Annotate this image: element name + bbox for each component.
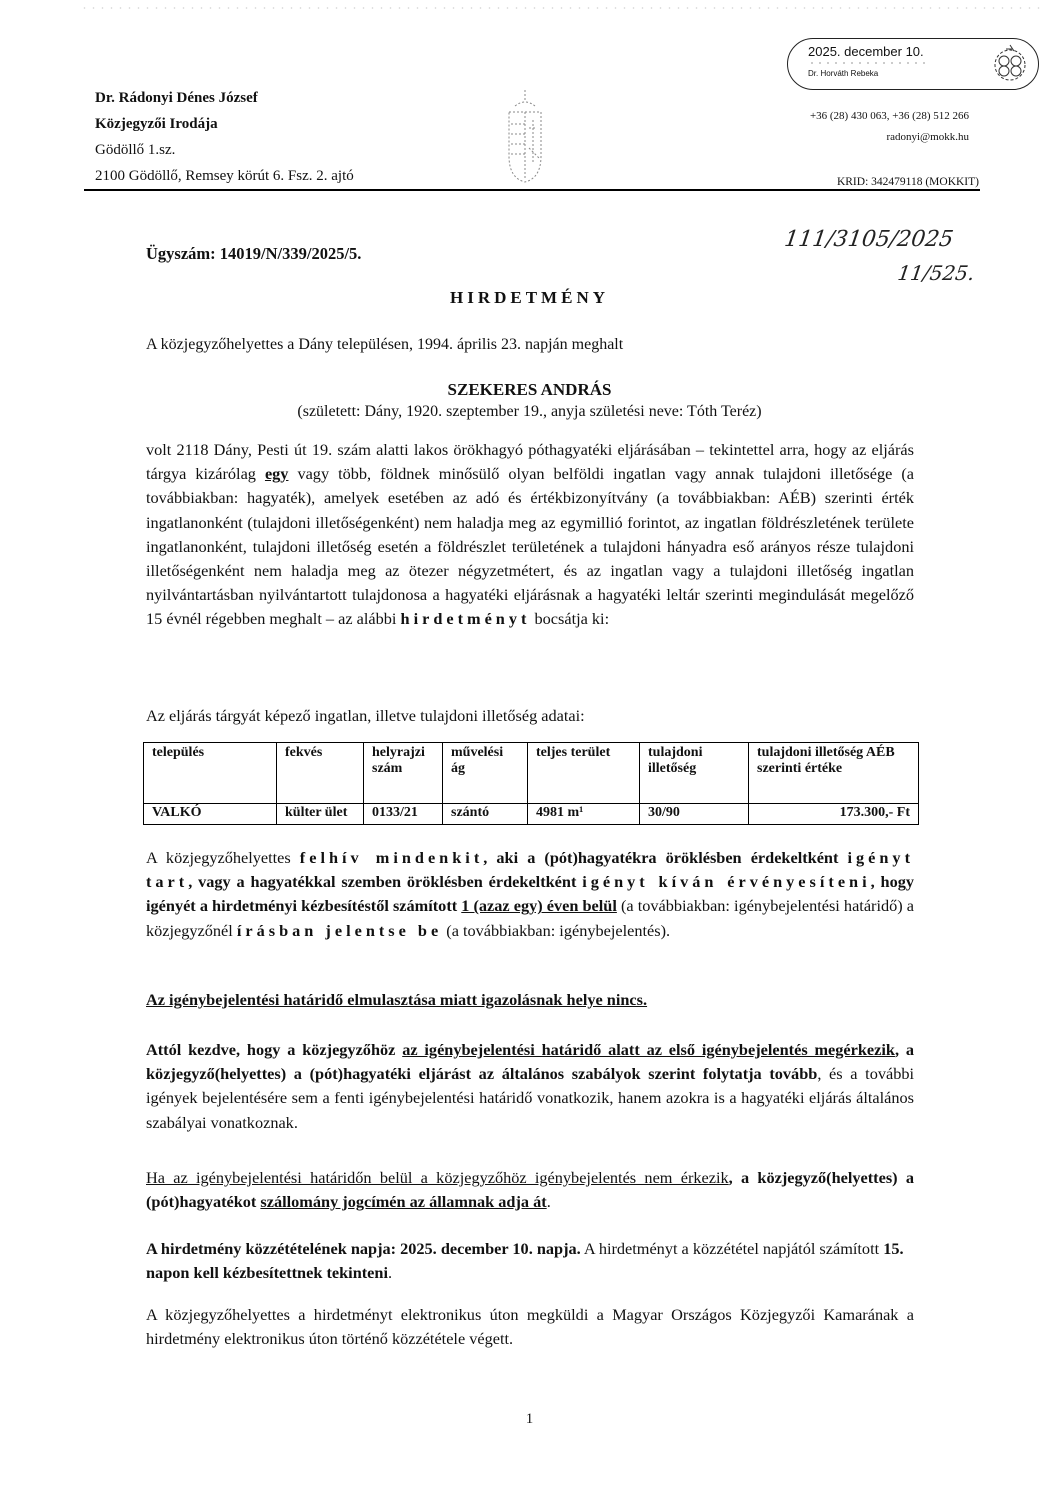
handwritten-filing-note: 111/3105/2025 11/525. bbox=[785, 222, 985, 292]
text-span: vagy több, földnek minősülő olyan belföl… bbox=[146, 464, 914, 628]
case-number: Ügyszám: 14019/N/339/2025/5. bbox=[146, 244, 361, 264]
email-address: radonyi@mokk.hu bbox=[810, 127, 969, 148]
document-title: HIRDETMÉNY bbox=[0, 288, 1059, 308]
deceased-birth-info: (született: Dány, 1920. szeptember 19., … bbox=[0, 403, 1059, 421]
text-span: , aki a (pót)hagyatékra öröklésben érdek… bbox=[483, 848, 847, 867]
cell-total-area: 4981 m¹ bbox=[528, 804, 640, 825]
text-span: . bbox=[547, 1192, 551, 1211]
col-header: helyrajzi szám bbox=[364, 743, 443, 804]
text-span: , vagy a hagyatékkal szemben öröklésben … bbox=[188, 872, 582, 891]
office-seat: Gödöllő 1.sz. bbox=[95, 137, 354, 163]
paragraph-first-claim: Attól kezdve, hogy a közjegyzőhöz az igé… bbox=[146, 1038, 914, 1135]
phone-numbers: +36 (28) 430 063, +36 (28) 512 266 bbox=[810, 106, 969, 127]
office-address: 2100 Gödöllő, Remsey körút 6. Fsz. 2. aj… bbox=[95, 163, 354, 189]
scan-artifact-dots bbox=[80, 6, 1040, 10]
text-span: A hirdetményt a közzététel napjától szám… bbox=[581, 1239, 883, 1258]
col-header: fekvés bbox=[277, 743, 364, 804]
publication-date: A hirdetmény közzétételének napja: 2025.… bbox=[146, 1239, 581, 1258]
stamp-date: 2025. december 10. bbox=[808, 44, 924, 59]
table-intro: Az eljárás tárgyát képező ingatlan, ille… bbox=[146, 706, 585, 726]
text-span: (a továbbiakban: igénybejelentés). bbox=[442, 921, 670, 940]
paragraph-call-for-claims: A közjegyzőhelyettes felhív mindenkit, a… bbox=[146, 846, 914, 943]
emphasis-span: az igénybejelentési határidő alatt az el… bbox=[402, 1040, 895, 1059]
table-row: VALKÓ külter ület 0133/21 szántó 4981 m¹… bbox=[144, 804, 919, 825]
page-number: 1 bbox=[0, 1411, 1059, 1428]
col-header: település bbox=[144, 743, 277, 804]
seal-icon bbox=[990, 43, 1030, 83]
col-header: tulajdoni illetőség bbox=[640, 743, 749, 804]
cell-location: külter ület bbox=[277, 804, 364, 825]
emphasis-span: igényt kíván érvényesíteni bbox=[582, 872, 870, 891]
emphasis-span: felhív mindenkit bbox=[300, 848, 483, 867]
table-header-row: település fekvés helyrajzi szám művelési… bbox=[144, 743, 919, 804]
paragraph-electronic-delivery: A közjegyzőhelyettes a hirdetményt elekt… bbox=[146, 1303, 914, 1351]
text-span: A közjegyzőhelyettes bbox=[146, 848, 300, 867]
deceased-name: SZEKERES ANDRÁS bbox=[0, 380, 1059, 400]
coat-of-arms-icon bbox=[503, 88, 547, 184]
header-divider bbox=[84, 189, 980, 191]
paragraph-no-justification: Az igénybejelentési határidő elmulasztás… bbox=[146, 988, 914, 1012]
office-title: Közjegyzői Irodája bbox=[95, 111, 354, 137]
col-header: művelési ág bbox=[443, 743, 528, 804]
handwritten-line-2: 11/525. bbox=[896, 261, 976, 285]
stamp-signer: Dr. Horváth Rebeka bbox=[808, 69, 878, 78]
text-span: . bbox=[388, 1263, 392, 1282]
krid-id: KRID: 342479118 (MOKKIT) bbox=[837, 176, 979, 188]
letterhead-left: Dr. Rádonyi Dénes József Közjegyzői Irod… bbox=[95, 85, 354, 189]
paragraph-publication-date: A hirdetmény közzétételének napja: 2025.… bbox=[146, 1237, 914, 1285]
text-span: Attól kezdve, hogy a közjegyzőhöz bbox=[146, 1040, 402, 1059]
col-header: tulajdoni illetőség AÉB szerinti értéke bbox=[749, 743, 919, 804]
intro-line: A közjegyzőhelyettes a Dány településen,… bbox=[146, 336, 623, 354]
cell-ownership-share: 30/90 bbox=[640, 804, 749, 825]
emphasis-deadline: 1 (azaz egy) éven belül bbox=[461, 896, 617, 915]
emphasis-egy: egy bbox=[265, 464, 289, 483]
cell-cultivation: szántó bbox=[443, 804, 528, 825]
date-stamp: 2025. december 10. Dr. Horváth Rebeka bbox=[787, 38, 1039, 90]
emphasis-span: szállomány jogcímén az államnak adja át bbox=[260, 1192, 546, 1211]
stamp-dots bbox=[808, 61, 928, 65]
handwritten-line-1: 111/3105/2025 bbox=[785, 226, 955, 252]
emphasis-hirdetmenyt: hirdetményt bbox=[401, 609, 531, 628]
text-span: Ha az igénybejelentési határidőn belül a… bbox=[146, 1168, 729, 1187]
text-span: bocsátja ki: bbox=[530, 609, 609, 628]
office-name: Dr. Rádonyi Dénes József bbox=[95, 85, 354, 111]
cell-aeb-value: 173.300,- Ft bbox=[749, 804, 919, 825]
cell-settlement: VALKÓ bbox=[144, 804, 277, 825]
paragraph-no-claim: Ha az igénybejelentési határidőn belül a… bbox=[146, 1166, 914, 1214]
emphasis-span: írásban jelentse be bbox=[237, 921, 442, 940]
paragraph-procedure: volt 2118 Dány, Pesti út 19. szám alatti… bbox=[146, 438, 914, 632]
letterhead-right: +36 (28) 430 063, +36 (28) 512 266 radon… bbox=[810, 106, 969, 148]
cell-parcel-number: 0133/21 bbox=[364, 804, 443, 825]
col-header: teljes terület bbox=[528, 743, 640, 804]
property-table: település fekvés helyrajzi szám művelési… bbox=[143, 742, 919, 825]
